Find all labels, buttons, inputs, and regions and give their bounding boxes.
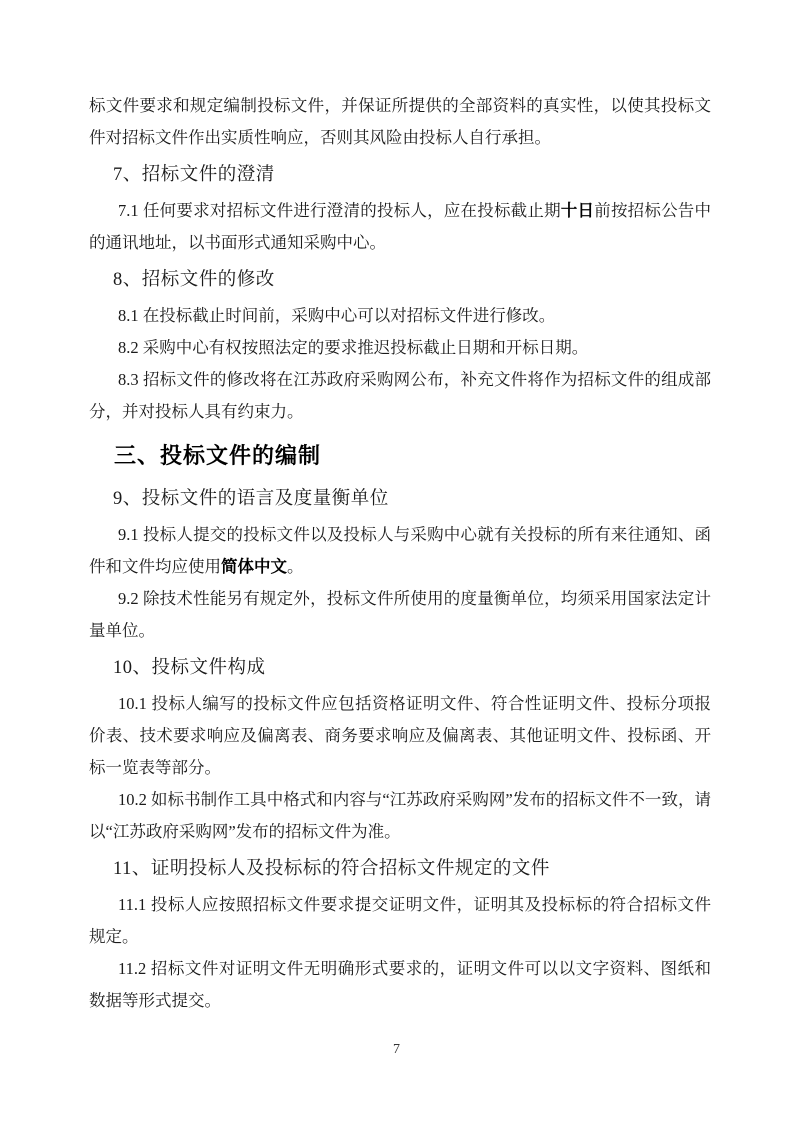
heading-chapter-3: 三、投标文件的编制 bbox=[89, 436, 711, 476]
text-run: 9.1 投标人提交的投标文件以及投标人与采购中心就有关投标的所有来往通知、函件和… bbox=[89, 525, 711, 576]
document-page: 标文件要求和规定编制投标文件，并保证所提供的全部资料的真实性，以使其投标文件对招… bbox=[0, 0, 793, 1122]
paragraph-8-3: 8.3 招标文件的修改将在江苏政府采购网公布，补充文件将作为招标文件的组成部分，… bbox=[89, 364, 711, 428]
paragraph-10-2: 10.2 如标书制作工具中格式和内容与“江苏政府采购网”发布的招标文件不一致，请… bbox=[89, 784, 711, 848]
paragraph-11-1: 11.1 投标人应按照招标文件要求提交证明文件，证明其及投标标的符合招标文件规定… bbox=[89, 889, 711, 953]
heading-section-7: 7、招标文件的澄清 bbox=[89, 157, 711, 193]
text-run: 10.2 如标书制作工具中格式和内容与“江苏政府采购网”发布的招标文件不一致，请… bbox=[89, 790, 711, 841]
paragraph-9-2: 9.2 除技术性能另有规定外，投标文件所使用的度量衡单位，均须采用国家法定计量单… bbox=[89, 583, 711, 647]
text-run: 7.1 任何要求对招标文件进行澄清的投标人，应在投标截止期 bbox=[118, 201, 561, 220]
text-run: 10、投标文件构成 bbox=[113, 658, 266, 678]
text-run: 8.3 招标文件的修改将在江苏政府采购网公布，补充文件将作为招标文件的组成部分，… bbox=[89, 370, 711, 421]
text-run-bold: 十日 bbox=[561, 201, 594, 220]
heading-section-11: 11、证明投标人及投标标的符合招标文件规定的文件 bbox=[89, 851, 711, 887]
text-run: 标文件要求和规定编制投标文件，并保证所提供的全部资料的真实性，以使其投标文件对招… bbox=[89, 96, 711, 147]
text-run: 10.1 投标人编写的投标文件应包括资格证明文件、符合性证明文件、投标分项报价表… bbox=[89, 694, 711, 777]
paragraph-8-1: 8.1 在投标截止时间前，采购中心可以对招标文件进行修改。 bbox=[89, 300, 711, 332]
paragraph-9-1: 9.1 投标人提交的投标文件以及投标人与采购中心就有关投标的所有来往通知、函件和… bbox=[89, 519, 711, 583]
heading-section-10: 10、投标文件构成 bbox=[89, 650, 711, 686]
text-run: 9、投标文件的语言及度量衡单位 bbox=[113, 489, 389, 509]
text-run: 。 bbox=[287, 557, 304, 576]
text-run: 三、投标文件的编制 bbox=[114, 443, 321, 468]
page-number: 7 bbox=[0, 1040, 793, 1060]
heading-section-9: 9、投标文件的语言及度量衡单位 bbox=[89, 481, 711, 517]
paragraph-10-1: 10.1 投标人编写的投标文件应包括资格证明文件、符合性证明文件、投标分项报价表… bbox=[89, 688, 711, 784]
paragraph-continuation: 标文件要求和规定编制投标文件，并保证所提供的全部资料的真实性，以使其投标文件对招… bbox=[89, 90, 711, 154]
paragraph-11-2: 11.2 招标文件对证明文件无明确形式要求的，证明文件可以以文字资料、图纸和数据… bbox=[89, 953, 711, 1017]
text-run: 8.1 在投标截止时间前，采购中心可以对招标文件进行修改。 bbox=[118, 306, 555, 325]
heading-section-8: 8、招标文件的修改 bbox=[89, 262, 711, 298]
text-run-bold: 简体中文 bbox=[221, 557, 287, 576]
text-run: 11、证明投标人及投标标的符合招标文件规定的文件 bbox=[113, 859, 550, 879]
text-run: 11.2 招标文件对证明文件无明确形式要求的，证明文件可以以文字资料、图纸和数据… bbox=[89, 959, 711, 1010]
text-run: 8.2 采购中心有权按照法定的要求推迟投标截止日期和开标日期。 bbox=[118, 338, 588, 357]
document-content: 标文件要求和规定编制投标文件，并保证所提供的全部资料的真实性，以使其投标文件对招… bbox=[89, 90, 711, 1017]
text-run: 9.2 除技术性能另有规定外，投标文件所使用的度量衡单位，均须采用国家法定计量单… bbox=[89, 589, 711, 640]
text-run: 11.1 投标人应按照招标文件要求提交证明文件，证明其及投标标的符合招标文件规定… bbox=[89, 895, 711, 946]
paragraph-8-2: 8.2 采购中心有权按照法定的要求推迟投标截止日期和开标日期。 bbox=[89, 332, 711, 364]
text-run: 7、招标文件的澄清 bbox=[113, 165, 275, 185]
paragraph-7-1: 7.1 任何要求对招标文件进行澄清的投标人，应在投标截止期十日前按招标公告中的通… bbox=[89, 195, 711, 259]
text-run: 8、招标文件的修改 bbox=[113, 270, 275, 290]
